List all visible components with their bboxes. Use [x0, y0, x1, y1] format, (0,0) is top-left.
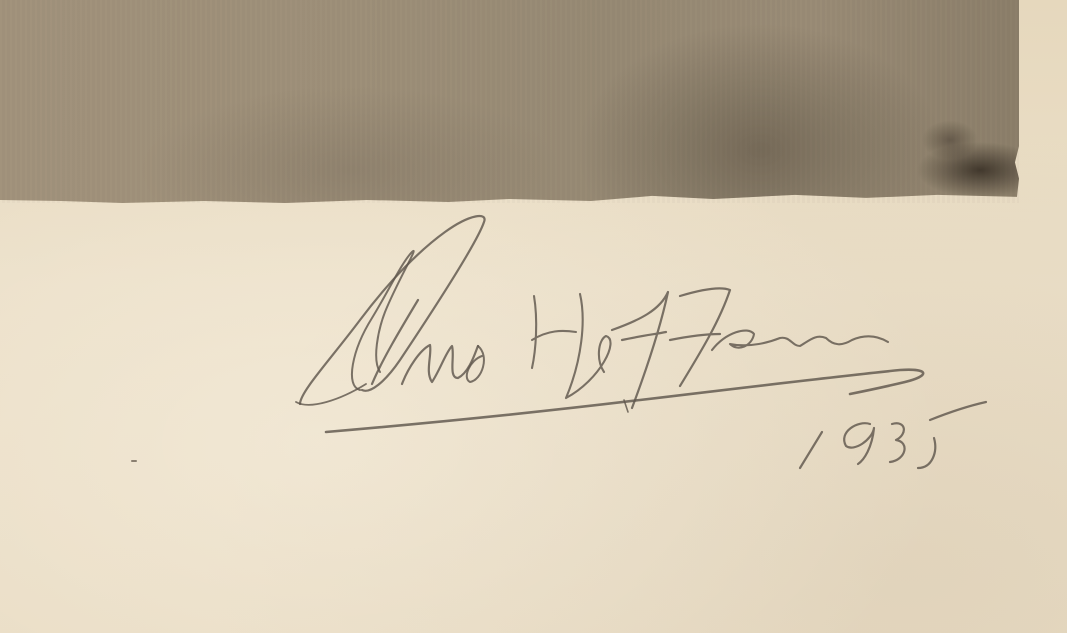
signature-strokes — [296, 216, 923, 432]
date-strokes — [800, 402, 986, 468]
pencil-inscription — [0, 0, 1067, 633]
